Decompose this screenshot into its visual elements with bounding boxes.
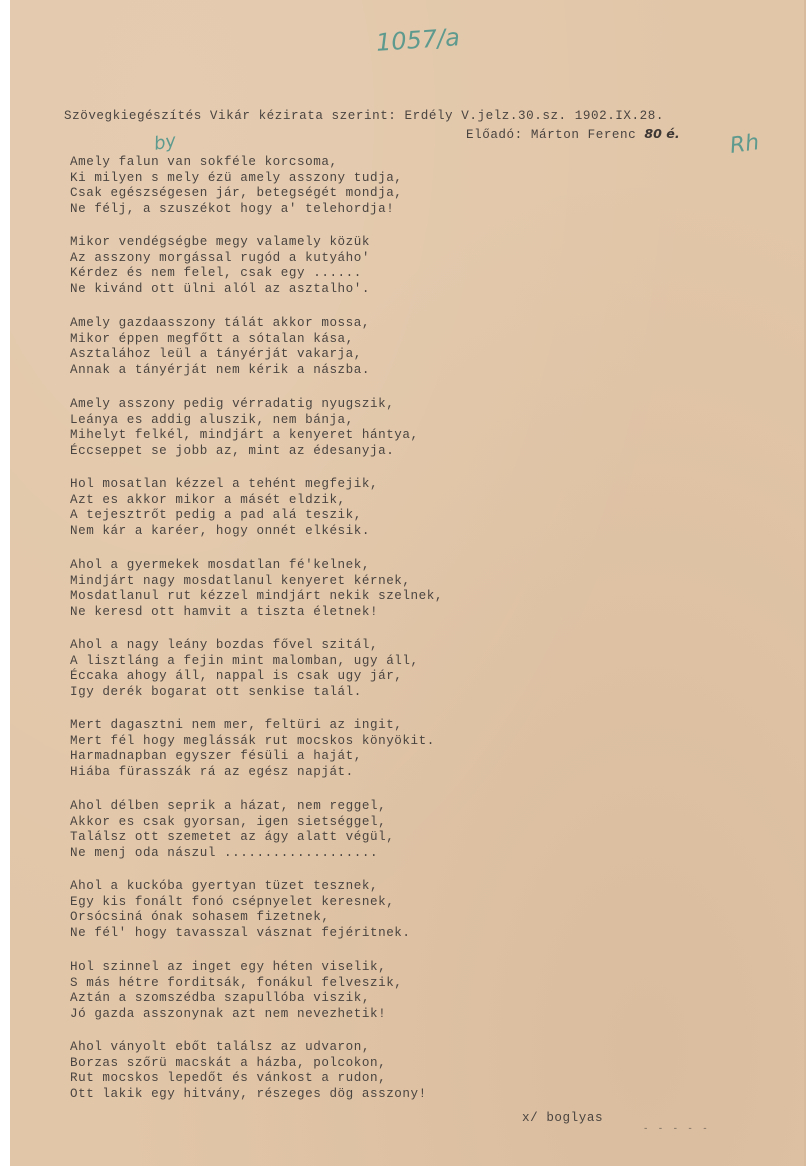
poem-line: Leánya es addig aluszik, nem bánja, — [70, 413, 419, 429]
poem-line: Amely gazdaasszony tálát akkor mossa, — [70, 316, 370, 332]
poem-line: Mindjárt nagy mosdatlanul kenyeret kérne… — [70, 574, 443, 590]
poem-line: Akkor es csak gyorsan, igen sietséggel, — [70, 815, 394, 831]
poem-line: Kérdez és nem felel, csak egy ...... — [70, 266, 370, 282]
poem-line: Azt es akkor mikor a másét eldzik, — [70, 493, 378, 509]
stanza: Ahol délben seprik a házat, nem reggel,A… — [70, 799, 394, 861]
stanza: Mikor vendégségbe megy valamely közükAz … — [70, 235, 370, 297]
poem-line: Orsócsiná ónak sohasem fizetnek, — [70, 910, 411, 926]
performer-line: Előadó: Márton Ferenc 80 é. — [466, 126, 680, 142]
poem-line: Éccaka ahogy áll, nappal is csak ugy jár… — [70, 669, 419, 685]
margin-mark: by — [152, 130, 177, 155]
poem-line: Hol szinnel az inget egy héten viselik, — [70, 960, 402, 976]
poem-line: Ne menj oda nászul ................... — [70, 846, 394, 862]
footer-marks: - - - - - — [643, 1124, 710, 1134]
poem-line: Mert dagasztni nem mer, feltüri az ingit… — [70, 718, 435, 734]
poem-line: Mikor vendégségbe megy valamely közük — [70, 235, 370, 251]
stanza: Amely gazdaasszony tálát akkor mossa,Mik… — [70, 316, 370, 378]
poem-line: Nem kár a karéer, hogy onnét elkésik. — [70, 524, 378, 540]
poem-line: Amely asszony pedig vérradatig nyugszik, — [70, 397, 419, 413]
stanza: Ahol ványolt ebőt találsz az udvaron,Bor… — [70, 1040, 427, 1102]
poem-line: Ne keresd ott hamvit a tiszta életnek! — [70, 605, 443, 621]
stanza: Hol szinnel az inget egy héten viselik,S… — [70, 960, 402, 1022]
poem-line: Hol mosatlan kézzel a tehént megfejik, — [70, 477, 378, 493]
poem-line: Mihelyt felkél, mindjárt a kenyeret hánt… — [70, 428, 419, 444]
performer-name: Előadó: Márton Ferenc — [466, 128, 636, 142]
stanza: Amely falun van sokféle korcsoma,Ki mily… — [70, 155, 402, 217]
poem-line: Amely falun van sokféle korcsoma, — [70, 155, 402, 171]
catalog-number: 1057/a — [375, 23, 461, 57]
poem-line: Ahol a gyermekek mosdatlan fé'kelnek, — [70, 558, 443, 574]
stanza: Amely asszony pedig vérradatig nyugszik,… — [70, 397, 419, 459]
poem-line: Mosdatlanul rut kézzel mindjárt nekik sz… — [70, 589, 443, 605]
poem-line: Asztalához leül a tányérját vakarja, — [70, 347, 370, 363]
poem-line: Csak egészségesen jár, betegségét mondja… — [70, 186, 402, 202]
poem-line: Annak a tányérját nem kérik a nászba. — [70, 363, 370, 379]
poem-line: Ne kivánd ott ülni alól az asztalho'. — [70, 282, 370, 298]
poem-line: Harmadnapban egyszer fésüli a haját, — [70, 749, 435, 765]
poem-line: Ahol a kuckóba gyertyan tüzet tesznek, — [70, 879, 411, 895]
poem-line: Éccseppet se jobb az, mint az édesanyja. — [70, 444, 419, 460]
poem-line: Borzas szőrü macskát a házba, polcokon, — [70, 1056, 427, 1072]
poem-line: Hiába fürasszák rá az egész napját. — [70, 765, 435, 781]
stanza: Ahol a nagy leány bozdas fővel szitál,A … — [70, 638, 419, 700]
poem-line: Egy kis fonált fonó csépnyelet keresnek, — [70, 895, 411, 911]
stanza: Ahol a kuckóba gyertyan tüzet tesznek,Eg… — [70, 879, 411, 941]
poem-line: S más hétre forditsák, fonákul felveszik… — [70, 976, 402, 992]
poem-line: A lisztláng a fejin mint malomban, ugy á… — [70, 654, 419, 670]
source-note: Szövegkiegészítés Vikár kézirata szerint… — [64, 109, 664, 123]
document-page: 1057/a Szövegkiegészítés Vikár kézirata … — [10, 0, 806, 1166]
poem-line: Ne fél' hogy tavasszal vásznat fejéritne… — [70, 926, 411, 942]
poem-line: Ne félj, a szuszékot hogy a' telehordja! — [70, 202, 402, 218]
poem-line: Ahol délben seprik a házat, nem reggel, — [70, 799, 394, 815]
poem-line: Az asszony morgással rugód a kutyáho' — [70, 251, 370, 267]
performer-age: 80 é. — [644, 126, 679, 141]
poem-line: Jó gazda asszonynak azt nem nevezhetik! — [70, 1007, 402, 1023]
poem-line: Ki milyen s mely ézü amely asszony tudja… — [70, 171, 402, 187]
poem-line: Ott lakik egy hitvány, részeges dög assz… — [70, 1087, 427, 1103]
stanza: Ahol a gyermekek mosdatlan fé'kelnek,Min… — [70, 558, 443, 620]
stanza: Hol mosatlan kézzel a tehént megfejik,Az… — [70, 477, 378, 539]
poem-line: Igy derék bogarat ott senkise talál. — [70, 685, 419, 701]
poem-line: Mikor éppen megfőtt a sótalan kása, — [70, 332, 370, 348]
poem-line: Ahol ványolt ebőt találsz az udvaron, — [70, 1040, 427, 1056]
poem-line: Ahol a nagy leány bozdas fővel szitál, — [70, 638, 419, 654]
footnote: x/ boglyas — [522, 1111, 603, 1125]
poem-line: Találsz ott szemetet az ágy alatt végül, — [70, 830, 394, 846]
poem-line: Rut mocskos lepedőt és vánkost a rudon, — [70, 1071, 427, 1087]
margin-initials: Rh — [728, 130, 760, 159]
poem-line: Aztán a szomszédba szapullóba viszik, — [70, 991, 402, 1007]
poem-line: A tejesztrőt pedig a pad alá teszik, — [70, 508, 378, 524]
poem-line: Mert fél hogy meglássák rut mocskos köny… — [70, 734, 435, 750]
stanza: Mert dagasztni nem mer, feltüri az ingit… — [70, 718, 435, 780]
